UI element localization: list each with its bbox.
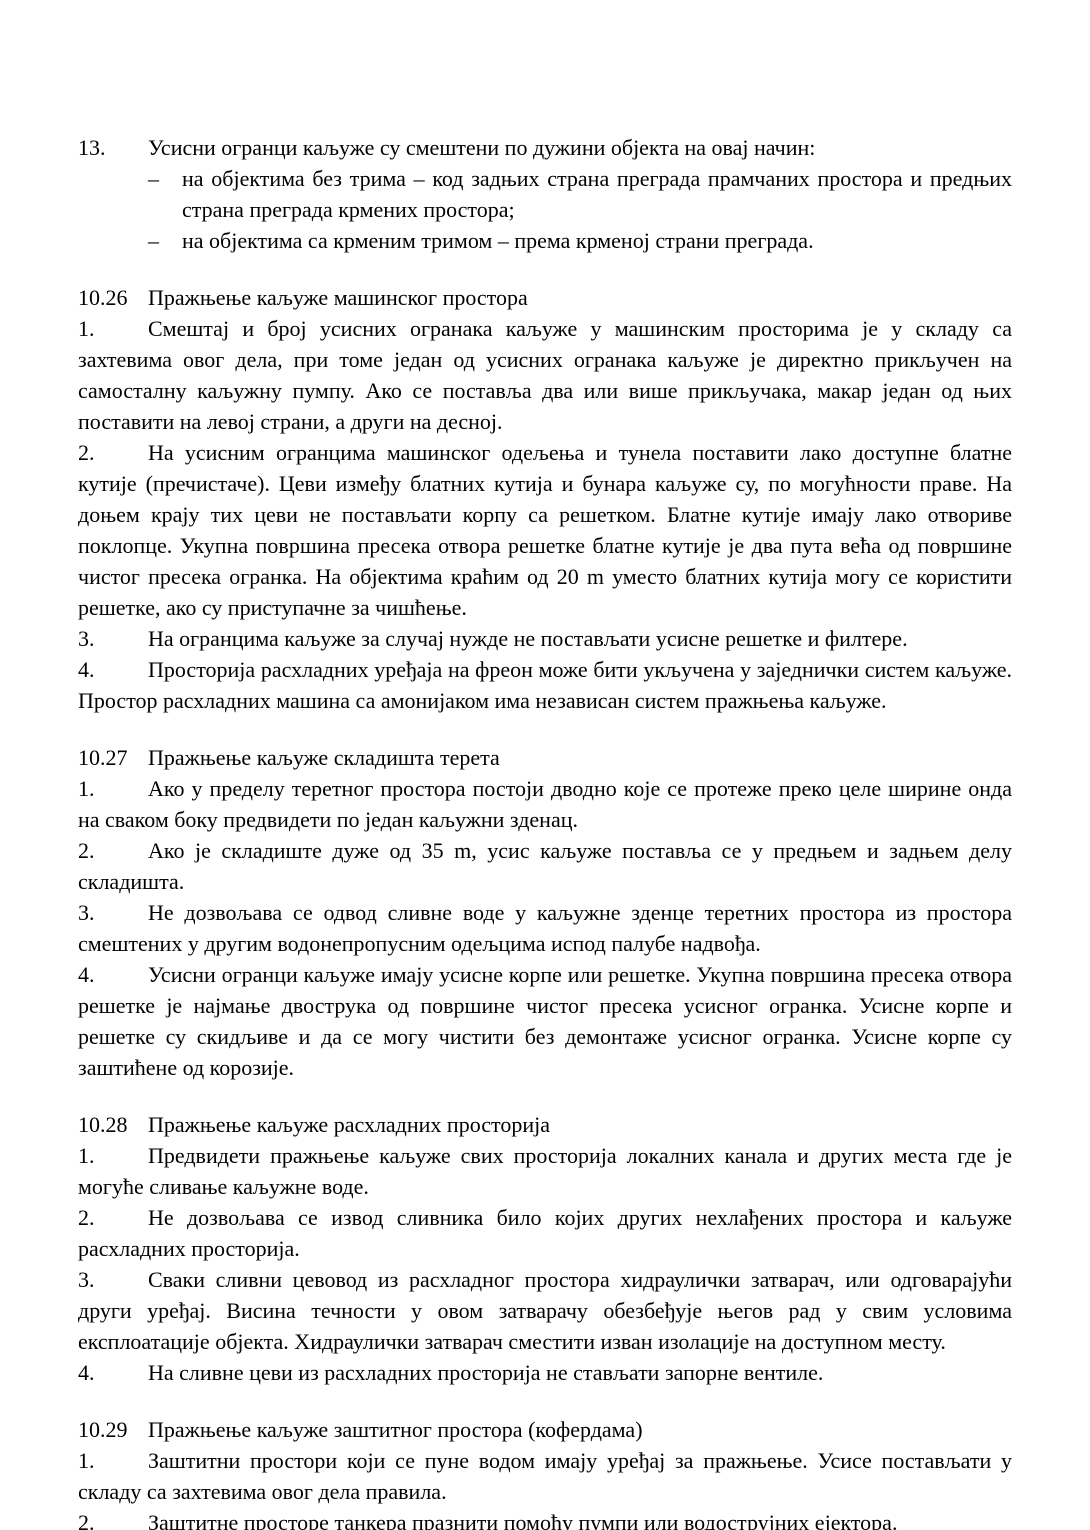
paragraph: 3.На огранцима каљуже за случај нужде не… — [78, 623, 1012, 654]
paragraph-text: Не дозвољава се извод сливника било који… — [78, 1205, 1012, 1261]
list-item-text: на објектима са крменим тримом – према к… — [182, 228, 814, 253]
paragraph-number: 2. — [78, 1202, 148, 1233]
paragraph-text: На огранцима каљуже за случај нужде не п… — [148, 626, 908, 651]
paragraph-number: 1. — [78, 313, 148, 344]
paragraph-number: 2. — [78, 835, 148, 866]
section-number: 10.26 — [78, 282, 148, 313]
paragraph: 1.Ако у пределу теретног простора постој… — [78, 773, 1012, 835]
paragraph-text: На сливне цеви из расхладних просторија … — [148, 1360, 823, 1385]
paragraph: 4.Просторија расхладних уређаја на фреон… — [78, 654, 1012, 716]
paragraph: 4.Усисни огранци каљуже имају усисне кор… — [78, 959, 1012, 1083]
paragraph-text: Просторија расхладних уређаја на фреон м… — [78, 657, 1012, 713]
list-item: –на објектима са крменим тримом – према … — [182, 225, 1012, 256]
paragraph: 2.На усисним огранцима машинског одељења… — [78, 437, 1012, 623]
paragraph-number: 2. — [78, 437, 148, 468]
paragraph-text: Усисни огранци каљуже су смештени по дуж… — [148, 135, 815, 160]
paragraph-text: На усисним огранцима машинског одељења и… — [78, 440, 1012, 620]
section-title: Пражњење каљуже машинског простора — [148, 285, 528, 310]
section-10-26: 10.26Пражњење каљуже машинског простора … — [78, 282, 1012, 716]
paragraph-number: 3. — [78, 623, 148, 654]
paragraph-number: 3. — [78, 1264, 148, 1295]
section-heading: 10.28Пражњење каљуже расхладних простори… — [78, 1109, 1012, 1140]
paragraph-number: 1. — [78, 1445, 148, 1476]
section-10-27: 10.27Пражњење каљуже складишта терета 1.… — [78, 742, 1012, 1083]
dash-marker: – — [148, 163, 182, 194]
section-10-29: 10.29Пражњење каљуже заштитног простора … — [78, 1414, 1012, 1530]
paragraph-number: 13. — [78, 132, 148, 163]
paragraph-text: Сваки сливни цевовод из расхладног прост… — [78, 1267, 1012, 1354]
section-title: Пражњење каљуже заштитног простора (кофе… — [148, 1417, 643, 1442]
document-page: 13.Усисни огранци каљуже су смештени по … — [0, 0, 1090, 1530]
paragraph-text: Заштитне просторе танкера празнити помоћ… — [148, 1510, 897, 1530]
paragraph-text: Не дозвољава се одвод сливне воде у каљу… — [78, 900, 1012, 956]
paragraph-text: Смештај и број усисних огранака каљуже у… — [78, 316, 1012, 434]
paragraph-text: Предвидети пражњење каљуже свих простори… — [78, 1143, 1012, 1199]
paragraph: 4.На сливне цеви из расхладних просториј… — [78, 1357, 1012, 1388]
paragraph-text: Ако у пределу теретног простора постоји … — [78, 776, 1012, 832]
paragraph-13: 13.Усисни огранци каљуже су смештени по … — [78, 132, 1012, 163]
paragraph: 1.Предвидети пражњење каљуже свих просто… — [78, 1140, 1012, 1202]
paragraph-text: Ако је складиште дуже од 35 m, усис каљу… — [78, 838, 1012, 894]
section-number: 10.29 — [78, 1414, 148, 1445]
section-number: 10.28 — [78, 1109, 148, 1140]
paragraph: 3.Не дозвољава се одвод сливне воде у ка… — [78, 897, 1012, 959]
section-title: Пражњење каљуже расхладних просторија — [148, 1112, 550, 1137]
paragraph: 2.Ако је складиште дуже од 35 m, усис ка… — [78, 835, 1012, 897]
section-heading: 10.26Пражњење каљуже машинског простора — [78, 282, 1012, 313]
paragraph-text: Заштитни простори који се пуне водом има… — [78, 1448, 1012, 1504]
section-number: 10.27 — [78, 742, 148, 773]
list-item-text: на објектима без трима – код задњих стра… — [182, 166, 1012, 222]
paragraph-number: 4. — [78, 1357, 148, 1388]
paragraph: 1.Смештај и број усисних огранака каљуже… — [78, 313, 1012, 437]
section-10-28: 10.28Пражњење каљуже расхладних простори… — [78, 1109, 1012, 1388]
paragraph-number: 2. — [78, 1507, 148, 1530]
section-title: Пражњење каљуже складишта терета — [148, 745, 500, 770]
paragraph-number: 1. — [78, 1140, 148, 1171]
paragraph-number: 1. — [78, 773, 148, 804]
paragraph-number: 4. — [78, 654, 148, 685]
paragraph-number: 4. — [78, 959, 148, 990]
paragraph-text: Усисни огранци каљуже имају усисне корпе… — [78, 962, 1012, 1080]
list-item: –на објектима без трима – код задњих стр… — [182, 163, 1012, 225]
paragraph: 3.Сваки сливни цевовод из расхладног про… — [78, 1264, 1012, 1357]
section-heading: 10.29Пражњење каљуже заштитног простора … — [78, 1414, 1012, 1445]
paragraph-number: 3. — [78, 897, 148, 928]
paragraph: 2.Не дозвољава се извод сливника било ко… — [78, 1202, 1012, 1264]
paragraph: 2.Заштитне просторе танкера празнити пом… — [78, 1507, 1012, 1530]
paragraph: 1.Заштитни простори који се пуне водом и… — [78, 1445, 1012, 1507]
dash-marker: – — [148, 225, 182, 256]
section-heading: 10.27Пражњење каљуже складишта терета — [78, 742, 1012, 773]
